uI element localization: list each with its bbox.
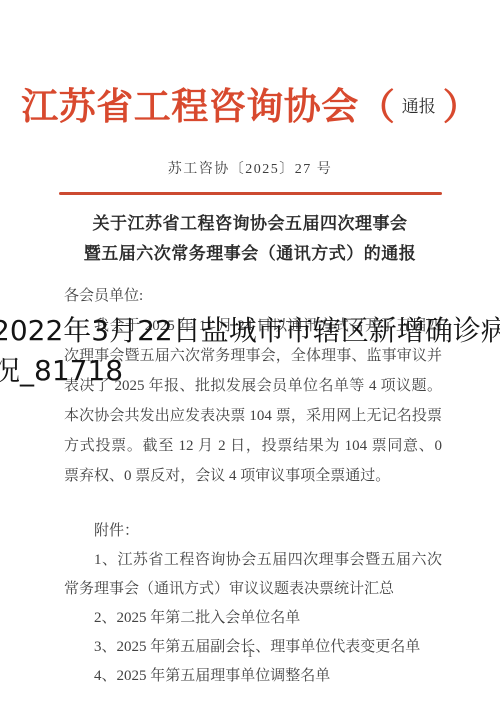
doc-type-label: 通报 (402, 97, 436, 116)
doc-title-line2: 暨五届六次常务理事会（通讯方式）的通报 (0, 239, 500, 269)
attachment-item: 4、2025 年第五届理事单位调整名单 (64, 662, 442, 691)
doc-number: 苏工咨协〔2025〕27 号 (0, 158, 500, 178)
salutation: 各会员单位: (64, 281, 442, 311)
red-divider (59, 192, 442, 195)
attachments-section: 附件： 1、江苏省工程咨询协会五届四次理事会暨五届六次常务理事会（通讯方式）审议… (64, 517, 442, 691)
paren-close: ） (443, 87, 479, 127)
doc-title: 关于江苏省工程咨询协会五届四次理事会 暨五届六次常务理事会（通讯方式）的通报 (0, 209, 500, 269)
attachments-label: 附件： (64, 517, 442, 546)
document-page: 江苏省工程咨询协会（通报） 苏工咨协〔2025〕27 号 关于江苏省工程咨询协会… (0, 0, 500, 708)
page-number: 1 (0, 648, 500, 660)
watermark-line1: 2022年3月22日盐城市市辖区新增确诊病例情 (0, 311, 500, 351)
watermark-overlay-title: 2022年3月22日盐城市市辖区新增确诊病例情 况_81718 (0, 311, 500, 391)
watermark-line2: 况_81718 (0, 351, 500, 391)
attachment-item: 2、2025 年第二批入会单位名单 (64, 604, 442, 633)
doc-title-line1: 关于江苏省工程咨询协会五届四次理事会 (0, 209, 500, 239)
attachment-item: 1、江苏省工程咨询协会五届四次理事会暨五届六次常务理事会（通讯方式）审议议题表决… (64, 546, 442, 604)
org-name: 江苏省工程咨询协会 (21, 87, 359, 128)
org-masthead: 江苏省工程咨询协会（通报） (0, 0, 500, 130)
paren-open: （ (359, 87, 395, 127)
